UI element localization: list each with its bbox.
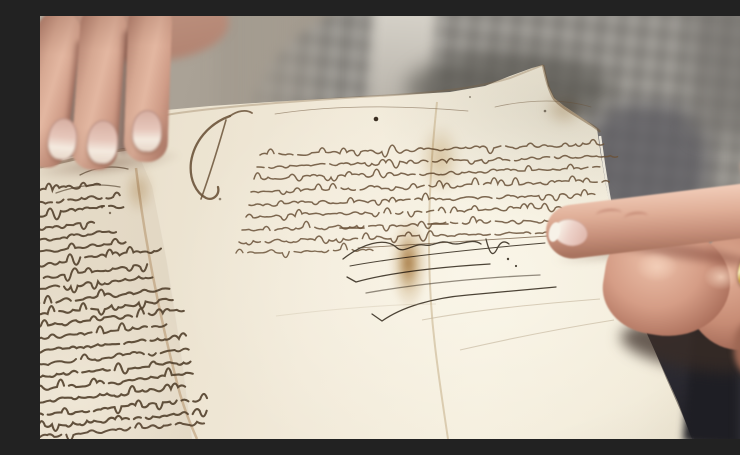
knuckle-highlight	[636, 252, 678, 282]
knuckle-highlight	[704, 264, 738, 290]
photo-frame: Close-up of hands holding an open early-…	[40, 16, 740, 439]
right-hand	[40, 16, 740, 439]
